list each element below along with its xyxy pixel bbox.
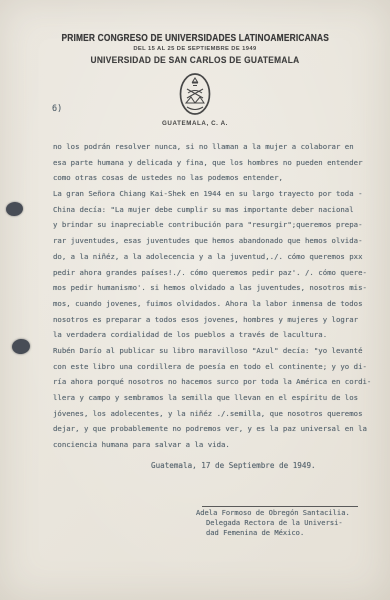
- signatory-title-line1: Delegada Rectora de la Universi-: [196, 518, 366, 528]
- dateline: Guatemala, 17 de Septiembre de 1949.: [151, 461, 316, 470]
- text-line: con este libro una cordillera de poesía …: [53, 359, 379, 375]
- text-line: rar juventudes, esas juventudes que hemo…: [53, 233, 379, 249]
- text-line: nosotros es preparar a todos esos jovene…: [53, 312, 379, 328]
- document-page: PRIMER CONGRESO DE UNIVERSIDADES LATINOA…: [0, 0, 390, 600]
- text-line: como otras cosas de ustedes no las podem…: [53, 170, 379, 186]
- text-line: dejar, y que probablemente no podremos v…: [53, 421, 379, 437]
- signatory-name: Adela Formoso de Obregón Santacilia.: [196, 508, 366, 518]
- text-line: China decía: "La mujer debe cumplir su m…: [53, 202, 379, 218]
- body-text: no los podrán resolver nunca, si no llam…: [53, 139, 379, 453]
- text-line: esa parte humana y delicada y fina, que …: [53, 155, 379, 171]
- text-line: mos pedir humanismo'. si hemos olvidado …: [53, 280, 379, 296]
- punch-hole-bottom: [11, 338, 30, 355]
- text-line: mos, cuando jovenes, fuimos olvidados. A…: [53, 296, 379, 312]
- signature-rule: [202, 506, 358, 507]
- page-number: 6): [52, 104, 62, 114]
- signature-block: Adela Formoso de Obregón Santacilia. Del…: [196, 506, 366, 539]
- university-seal-icon: [172, 71, 218, 123]
- signatory-title-line2: dad Femenina de México.: [196, 528, 366, 538]
- text-line: La gran Señora Chiang Kai-Shek en 1944 e…: [53, 186, 379, 202]
- text-line: ría ahora porqué nosotros no hacemos sur…: [53, 374, 379, 390]
- text-line: no los podrán resolver nunca, si no llam…: [53, 139, 379, 155]
- text-line: pedir ahora grandes países!./. cómo quer…: [53, 265, 379, 281]
- university-name: UNIVERSIDAD DE SAN CARLOS DE GUATEMALA: [0, 55, 390, 65]
- text-line: jóvenes, los adolecentes, y la niñéz ./.…: [53, 406, 379, 422]
- seal-caption: GUATEMALA, C. A.: [0, 120, 390, 127]
- text-line: la verdadera cordialidad de los pueblos …: [53, 327, 379, 343]
- congress-title: PRIMER CONGRESO DE UNIVERSIDADES LATINOA…: [0, 33, 390, 44]
- text-line: y brindar su inapreciable contribución p…: [53, 217, 379, 233]
- text-line: Rubén Darío al publicar su libro maravil…: [53, 343, 379, 359]
- text-line: do, a la niñéz, a la adolecencia y a la …: [53, 249, 379, 265]
- text-line: conciencia humana para salvar a la vida.: [53, 437, 379, 453]
- punch-hole-top: [5, 201, 24, 217]
- congress-dates: DEL 15 AL 25 DE SEPTIEMBRE DE 1949: [0, 46, 390, 52]
- text-line: llera y campo y sembramos la semilla que…: [53, 390, 379, 406]
